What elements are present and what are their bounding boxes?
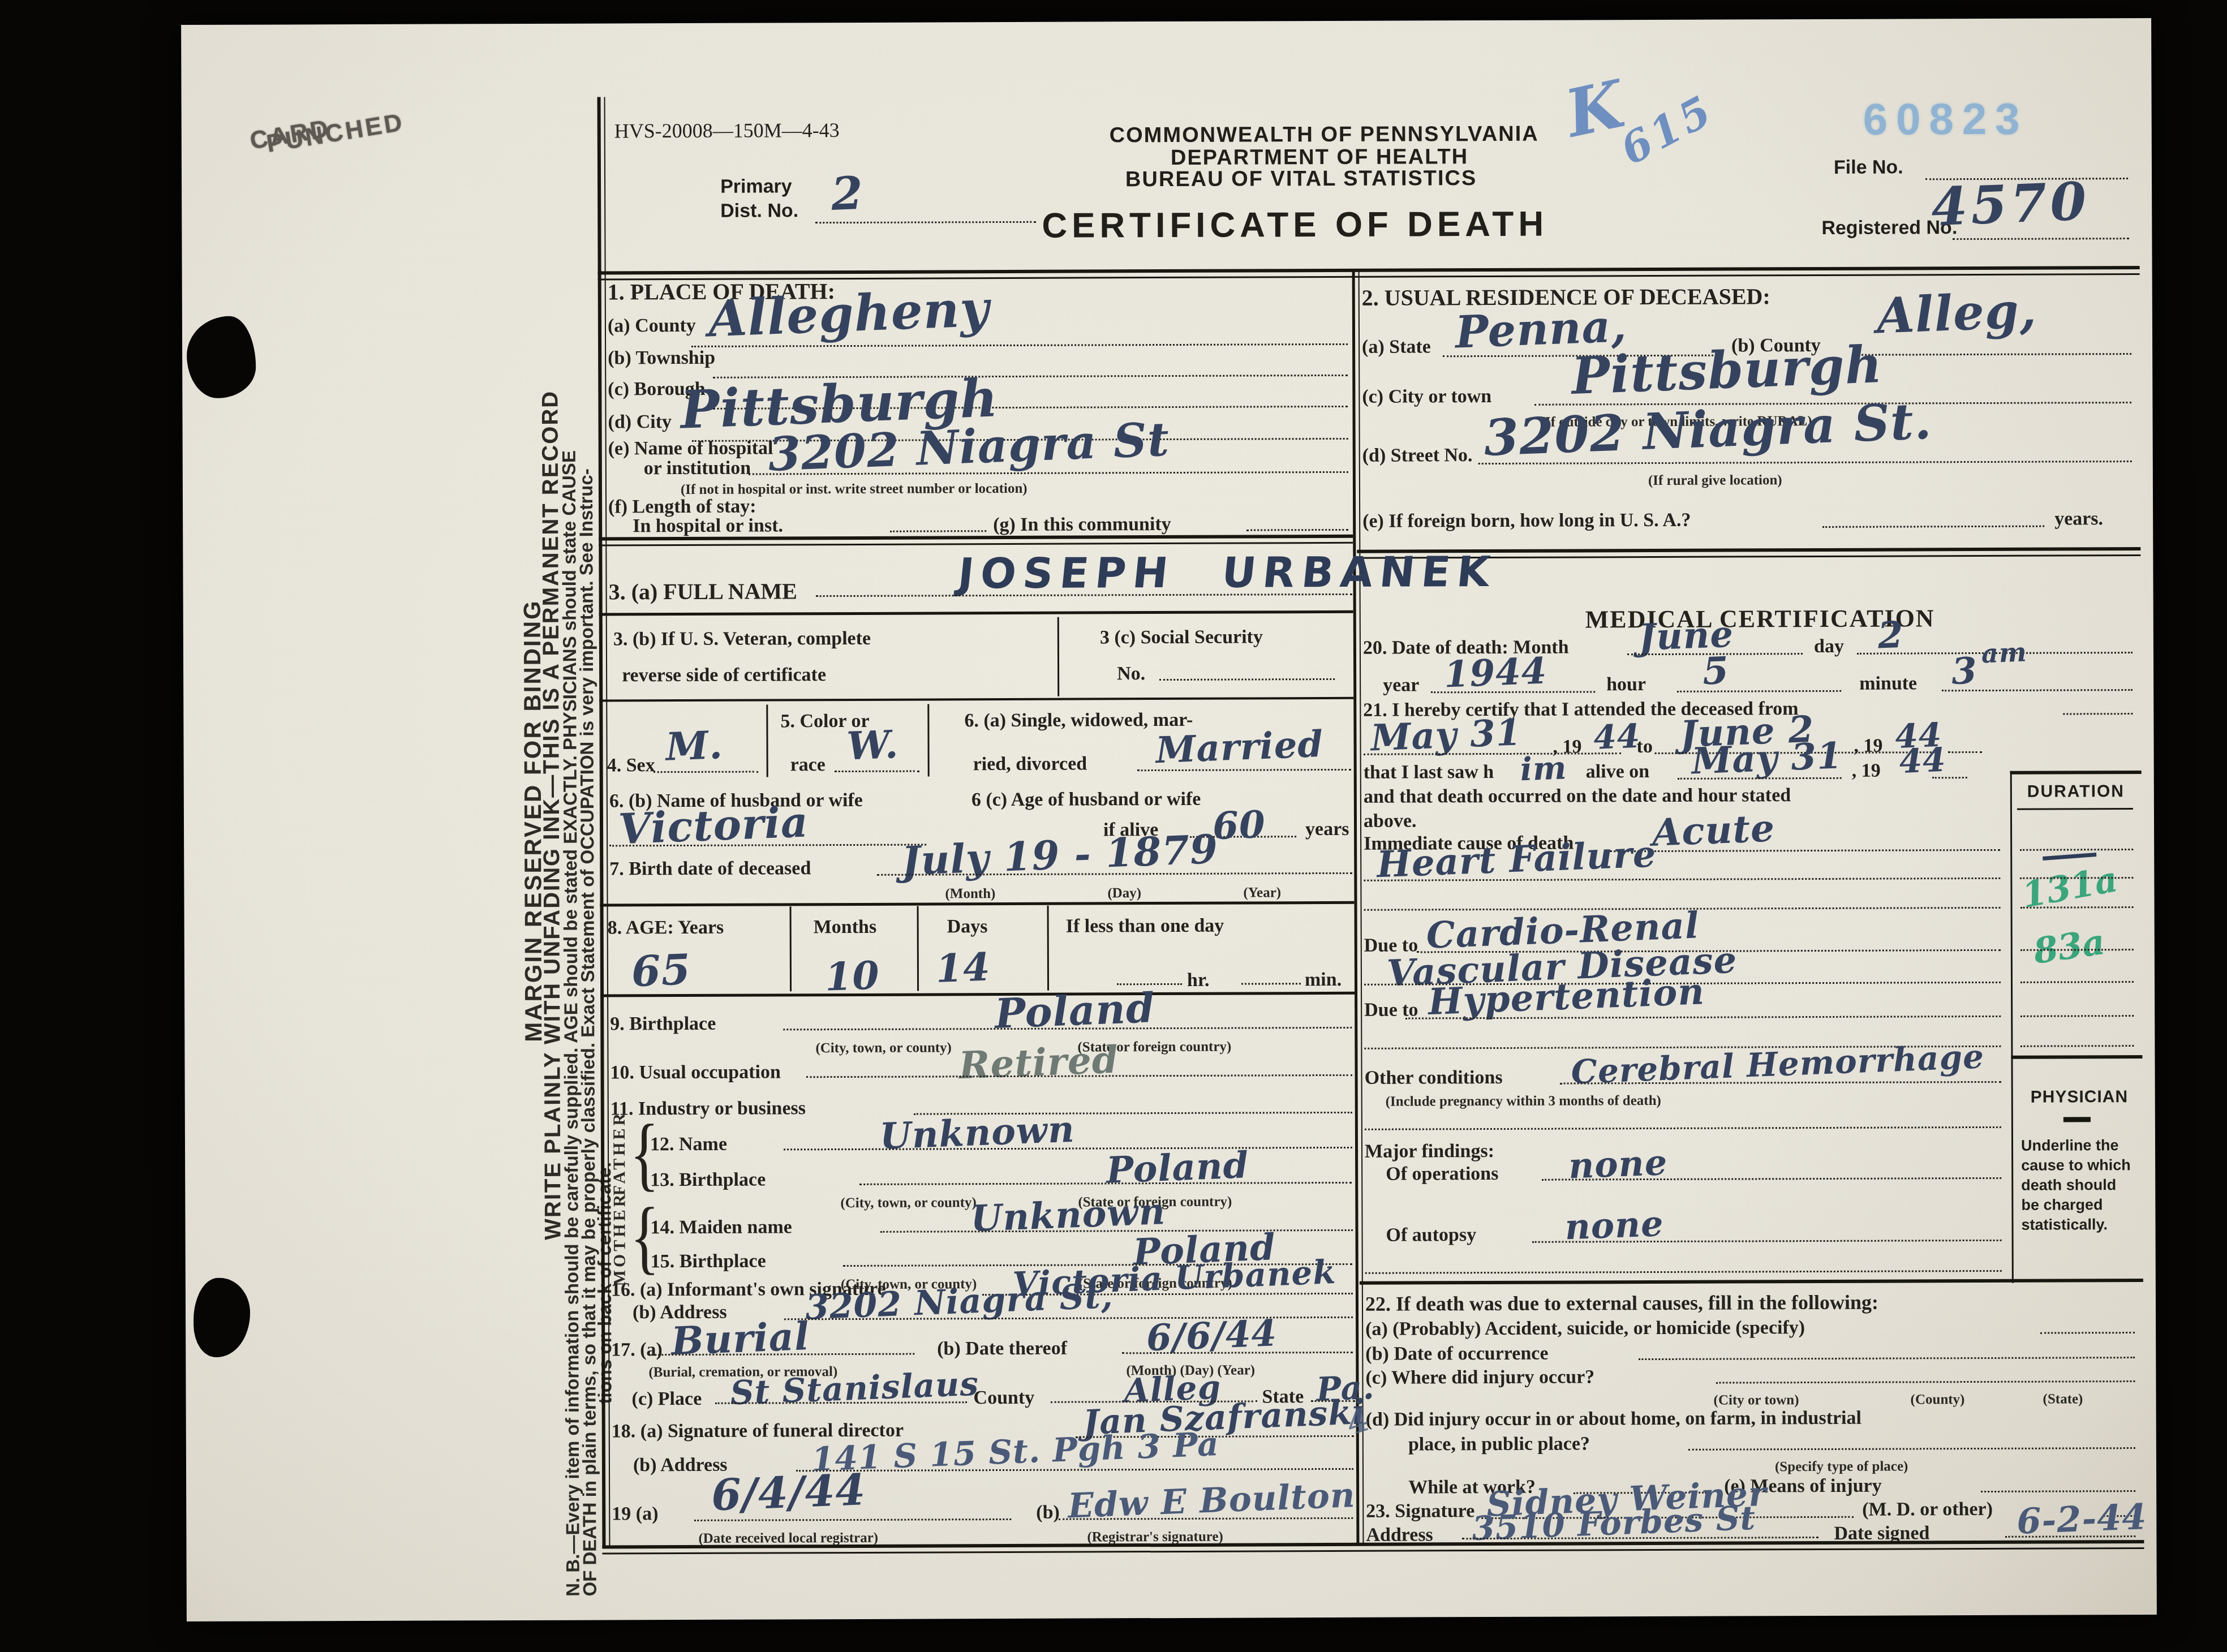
spouse-age-label: 6 (c) Age of husband or wife <box>971 790 1201 810</box>
father-birthplace-line <box>859 1182 1352 1185</box>
dod-year-value: 1944 <box>1443 653 1547 694</box>
certify-last-line <box>1678 777 1842 780</box>
sex-value: M. <box>665 726 723 767</box>
dod-ampm-value: am <box>1981 639 2027 666</box>
burial-date-label: (b) Date thereof <box>937 1339 1067 1359</box>
operations-label: Of operations <box>1386 1164 1498 1184</box>
duration-stub-4 <box>2020 949 2134 951</box>
org-line3: BUREAU OF VITAL STATISTICS <box>1125 167 1477 190</box>
duration-dash <box>2043 853 2096 861</box>
org-line1: COMMONWEALTH OF PENNSYLVANIA <box>1110 123 1539 147</box>
margin-note-nb2: OF DEATH in plain terms, so that it may … <box>577 468 599 1596</box>
registrar-date-value: 6/4/44 <box>711 1468 867 1517</box>
sec1-stay-label: (f) Length of stay: <box>608 497 756 517</box>
dod-year-line <box>1431 691 1595 693</box>
sec1-bottom-rule <box>599 535 1353 547</box>
fullname-value: JOSEPH URBANEK <box>956 551 1498 595</box>
certify-lasty-line <box>1932 777 1967 778</box>
dod-day-label: day <box>1814 637 1844 656</box>
age-rule <box>600 992 1355 997</box>
sec22-a-label: (a) (Probably) Accident, suicide, or hom… <box>1365 1318 1805 1339</box>
stat-code-1: 131a <box>2019 862 2120 913</box>
certify-line5: above. <box>1364 811 1417 831</box>
color-value: W. <box>846 725 899 765</box>
spouse-name-value: Victoria <box>618 801 809 850</box>
sec2-city-label: (c) City or town <box>1362 387 1491 407</box>
duration-stub-6 <box>2020 1015 2134 1017</box>
sec22-d-line <box>1688 1447 2135 1451</box>
color-marital-divider <box>927 704 929 776</box>
sec22-c-caption3: (State) <box>2043 1392 2083 1406</box>
ssn-label: 3 (c) Social Security <box>1100 627 1263 647</box>
registered-no-line <box>1953 238 2129 240</box>
duration-top-rule <box>2010 771 2142 775</box>
sec2-city-value: Pittsburgh <box>1571 339 1884 402</box>
dist-no-line <box>815 221 1036 223</box>
father-side-label: FATHER <box>611 1111 629 1196</box>
father-birthplace-label: 13. Birthplace <box>650 1170 766 1190</box>
age-divider3 <box>1047 906 1050 991</box>
org-line2: DEPARTMENT OF HEALTH <box>1171 146 1468 169</box>
marital-label2: ried, divorced <box>973 755 1087 775</box>
sec2-street-value: 3202 Niagra St. <box>1483 396 1933 463</box>
sec22-top-rule <box>1360 1279 2143 1285</box>
certify-from-value: May 31 <box>1370 715 1522 756</box>
sex-line <box>654 771 758 773</box>
certify-line3a: that I last saw h <box>1364 763 1494 782</box>
spouse-age-value: 60 <box>1212 806 1266 845</box>
sec2-foreign-line <box>1822 526 2044 528</box>
burial-date-value: 6/6/44 <box>1146 1315 1278 1357</box>
torn-hole-top <box>187 316 256 398</box>
sec22-d-label1: (d) Did injury occur in or about home, o… <box>1366 1409 1861 1430</box>
certify-toy-line <box>1948 751 1982 753</box>
father-birthplace-caption1: (City, town, or county) <box>840 1195 977 1210</box>
sec2-county-value: Alleg, <box>1876 286 2037 341</box>
duration-stub-1 <box>2020 849 2133 851</box>
birthplace-label: 9. Birthplace <box>610 1014 716 1034</box>
sec1-township-label: (b) Township <box>608 349 715 368</box>
fullname-label: 3. (a) FULL NAME <box>609 580 797 603</box>
registrar-date-label: 19 (a) <box>612 1504 658 1524</box>
findings-empty-line <box>1365 1270 2002 1274</box>
age-divider1 <box>790 906 792 991</box>
sec22-c-caption1: (City or town) <box>1714 1393 1799 1408</box>
birthdate-day-caption: (Day) <box>1107 886 1141 900</box>
sec23-md-label: (M. D. or other) <box>1862 1500 1993 1520</box>
form-code: HVS-20008—150M—4-43 <box>614 120 840 141</box>
torn-hole-bottom <box>194 1278 250 1357</box>
certify-last-value: May 31 <box>1691 738 1843 780</box>
registrar-sig-caption: (Registrar's signature) <box>1087 1530 1223 1545</box>
age-years-value: 65 <box>631 949 692 993</box>
physician-label: PHYSICIAN <box>2031 1089 2128 1106</box>
sec22-title: 22. If death was due to external causes,… <box>1365 1292 1878 1314</box>
marital-label1: 6. (a) Single, widowed, mar- <box>964 711 1193 730</box>
duration-stub-7 <box>2020 1045 2134 1047</box>
immediate-cause-value1: Acute <box>1652 810 1775 851</box>
birthdate-month-caption: (Month) <box>945 887 995 901</box>
veteran-ssn-divider <box>1057 617 1059 696</box>
age-min-label: min. <box>1305 970 1342 990</box>
photo-of-certificate: CARD PUNCHED MARGIN RESERVED FOR BINDING… <box>0 0 2227 1652</box>
k-number: 615 <box>1615 89 1721 172</box>
dod-hour-value: 5 <box>1702 652 1730 690</box>
registrar-date-line <box>694 1518 1011 1521</box>
sec2-county-line <box>1854 353 2131 356</box>
birthplace-caption1: (City, town, or county) <box>815 1040 952 1055</box>
other-conditions-caption: (Include pregnancy within 3 months of de… <box>1386 1094 1661 1109</box>
sec1-county-label: (a) County <box>608 316 696 336</box>
sec2-years-label: years. <box>2054 509 2103 528</box>
sec1-community-label: (g) In this community <box>993 515 1171 535</box>
sec1-hospital-caption: (If not in hospital or inst. write stree… <box>681 481 1027 497</box>
dist-no-label: Dist. No. <box>720 201 798 220</box>
age-hr-label: hr. <box>1187 971 1210 990</box>
dist-no-value: 2 <box>831 170 865 217</box>
father-name-label: 12. Name <box>650 1135 727 1154</box>
sec22-a-line <box>2040 1332 2135 1334</box>
duration-label: DURATION <box>2027 783 2125 801</box>
dod-minute-value: 3 <box>1951 653 1978 690</box>
duration-left-border <box>2010 771 2014 1283</box>
certify-19c: , 19 <box>1852 762 1881 781</box>
sex-label: 4. Sex <box>607 756 655 775</box>
card-punched-stamp: CARD PUNCHED <box>248 107 389 154</box>
sec2-street-caption: (If rural give location) <box>1648 473 1782 488</box>
occupation-label: 10. Usual occupation <box>610 1062 780 1082</box>
duration-stub-5 <box>2020 981 2134 983</box>
sec1-county-value: Allegheny <box>707 283 990 343</box>
age-months-label: Months <box>814 918 877 937</box>
age-days-value: 14 <box>935 948 991 988</box>
duration-stub-3 <box>2020 906 2134 909</box>
veteran-label1: 3. (b) If U. S. Veteran, complete <box>613 629 871 649</box>
burial-label: 17. (a) <box>611 1340 663 1360</box>
sec22-c-line <box>1716 1380 2135 1384</box>
autopsy-label: Of autopsy <box>1386 1225 1477 1245</box>
stat-code-2: 83a <box>2031 924 2107 969</box>
certify-from-year: 44 <box>1593 720 1641 754</box>
occupation-value: Retired <box>958 1040 1119 1084</box>
sec1-hospital-value: 3202 Niagra St <box>767 416 1170 478</box>
certificate-paper: CARD PUNCHED MARGIN RESERVED FOR BINDING… <box>181 18 2157 1621</box>
dod-minute-line <box>1942 689 2133 691</box>
certify-last-year: 44 <box>1899 743 1947 778</box>
years-label: years <box>1305 820 1349 839</box>
sec22-c-caption2: (County) <box>1911 1392 1965 1406</box>
file-no-label: File No. <box>1834 157 1903 177</box>
birthdate-label: 7. Birth date of deceased <box>609 859 811 879</box>
dod-hour-label: hour <box>1606 675 1646 694</box>
certificate-title: CERTIFICATE OF DEATH <box>1042 207 1548 244</box>
sec22-b-label: (b) Date of occurrence <box>1365 1344 1548 1364</box>
sec2-state-label: (a) State <box>1362 337 1431 356</box>
other-empty-line <box>1365 1126 2001 1130</box>
file-no-stamp: 60823 <box>1863 97 2028 141</box>
certify-line3b: alive on <box>1586 762 1650 781</box>
registrar-date-caption: (Date received local registrar) <box>698 1531 878 1546</box>
duration-underline <box>2017 808 2133 810</box>
ssn-no-label: No. <box>1117 664 1145 683</box>
certify-from-line0 <box>2063 713 2133 715</box>
primary-label: Primary <box>720 177 792 196</box>
mother-side-label: MOTHER <box>611 1192 629 1287</box>
age-label: 8. AGE: Years <box>608 918 724 938</box>
burial-place-label: (c) Place <box>632 1389 702 1409</box>
sec1-city-label: (d) City <box>608 412 672 432</box>
major-findings-label: Major findings: <box>1365 1142 1494 1161</box>
certify-him: im <box>1520 752 1568 785</box>
certify-to-label: to <box>1636 737 1652 756</box>
age-days-label: Days <box>947 917 988 936</box>
immediate-cause-value2: Heart Failure <box>1376 836 1657 883</box>
marital-value: Married <box>1155 726 1324 769</box>
color-line <box>835 771 919 773</box>
birthdate-year-caption: (Year) <box>1243 885 1281 900</box>
veteran-rule <box>599 697 1353 702</box>
sec1-hospital-label1: (e) Name of hospital <box>608 438 773 458</box>
age-months-value: 10 <box>824 956 880 997</box>
due-to-2-value: Hypertention <box>1428 974 1705 1021</box>
sec1-stay-hosp-label: In hospital or inst. <box>633 516 783 536</box>
sec1-stay-hosp-line <box>890 530 986 532</box>
sec22-b-line <box>1639 1357 2135 1360</box>
sec23-signature-label: 23. Signature <box>1366 1502 1474 1521</box>
sex-color-divider <box>766 704 768 777</box>
other-conditions-label: Other conditions <box>1365 1068 1503 1088</box>
autopsy-value: none <box>1564 1206 1664 1245</box>
card-punched-line2: PUNCHED <box>265 110 406 157</box>
age-min-line <box>1241 983 1301 984</box>
registered-no-value: 4570 <box>1931 175 2091 233</box>
registrar-sig-label: (b) <box>1036 1503 1060 1522</box>
mother-maiden-label: 14. Maiden name <box>650 1218 792 1237</box>
registrar-signature: Edw E Boulton <box>1067 1478 1356 1523</box>
dod-day-value: 2 <box>1877 617 1904 655</box>
sec22-c-label: (c) Where did injury occur? <box>1365 1367 1594 1387</box>
duration-bottom-rule <box>2011 1055 2142 1059</box>
sec22-d-label2: place, in public place? <box>1408 1434 1590 1454</box>
dod-minute-label: minute <box>1859 674 1917 693</box>
sec22-e-line <box>1981 1490 2135 1492</box>
ssn-line <box>1159 678 1335 681</box>
certify-line4: and that death occurred on the date and … <box>1364 786 1791 807</box>
birthdate-rule <box>600 901 1355 907</box>
dod-hour-line <box>1677 690 1841 692</box>
sec1-community-line <box>1246 529 1348 531</box>
veteran-label2: reverse side of certificate <box>622 665 826 685</box>
fullname-rule <box>599 610 1353 616</box>
column-divider <box>1352 270 1360 1544</box>
age-less-label: If less than one day <box>1066 917 1224 936</box>
sec1-hospital-label2: or institution <box>644 459 751 479</box>
sec23-date-value: 6-2-44 <box>2016 1499 2147 1539</box>
age-divider2 <box>917 906 919 991</box>
mother-birthplace-label: 15. Birthplace <box>651 1251 766 1271</box>
sec2-foreign-label: (e) If foreign born, how long in U. S. A… <box>1362 511 1691 531</box>
sec22-d-caption: (Specify type of place) <box>1775 1459 1908 1474</box>
physician-note: Underline the cause to which death shoul… <box>2021 1135 2138 1235</box>
burial-county-label: County <box>974 1388 1035 1408</box>
sec2-street-label: (d) Street No. <box>1362 446 1473 466</box>
dod-year-label: year <box>1383 676 1419 695</box>
physician-dash <box>2063 1117 2091 1122</box>
marital-line <box>1137 769 1351 771</box>
color-label2: race <box>790 755 826 775</box>
